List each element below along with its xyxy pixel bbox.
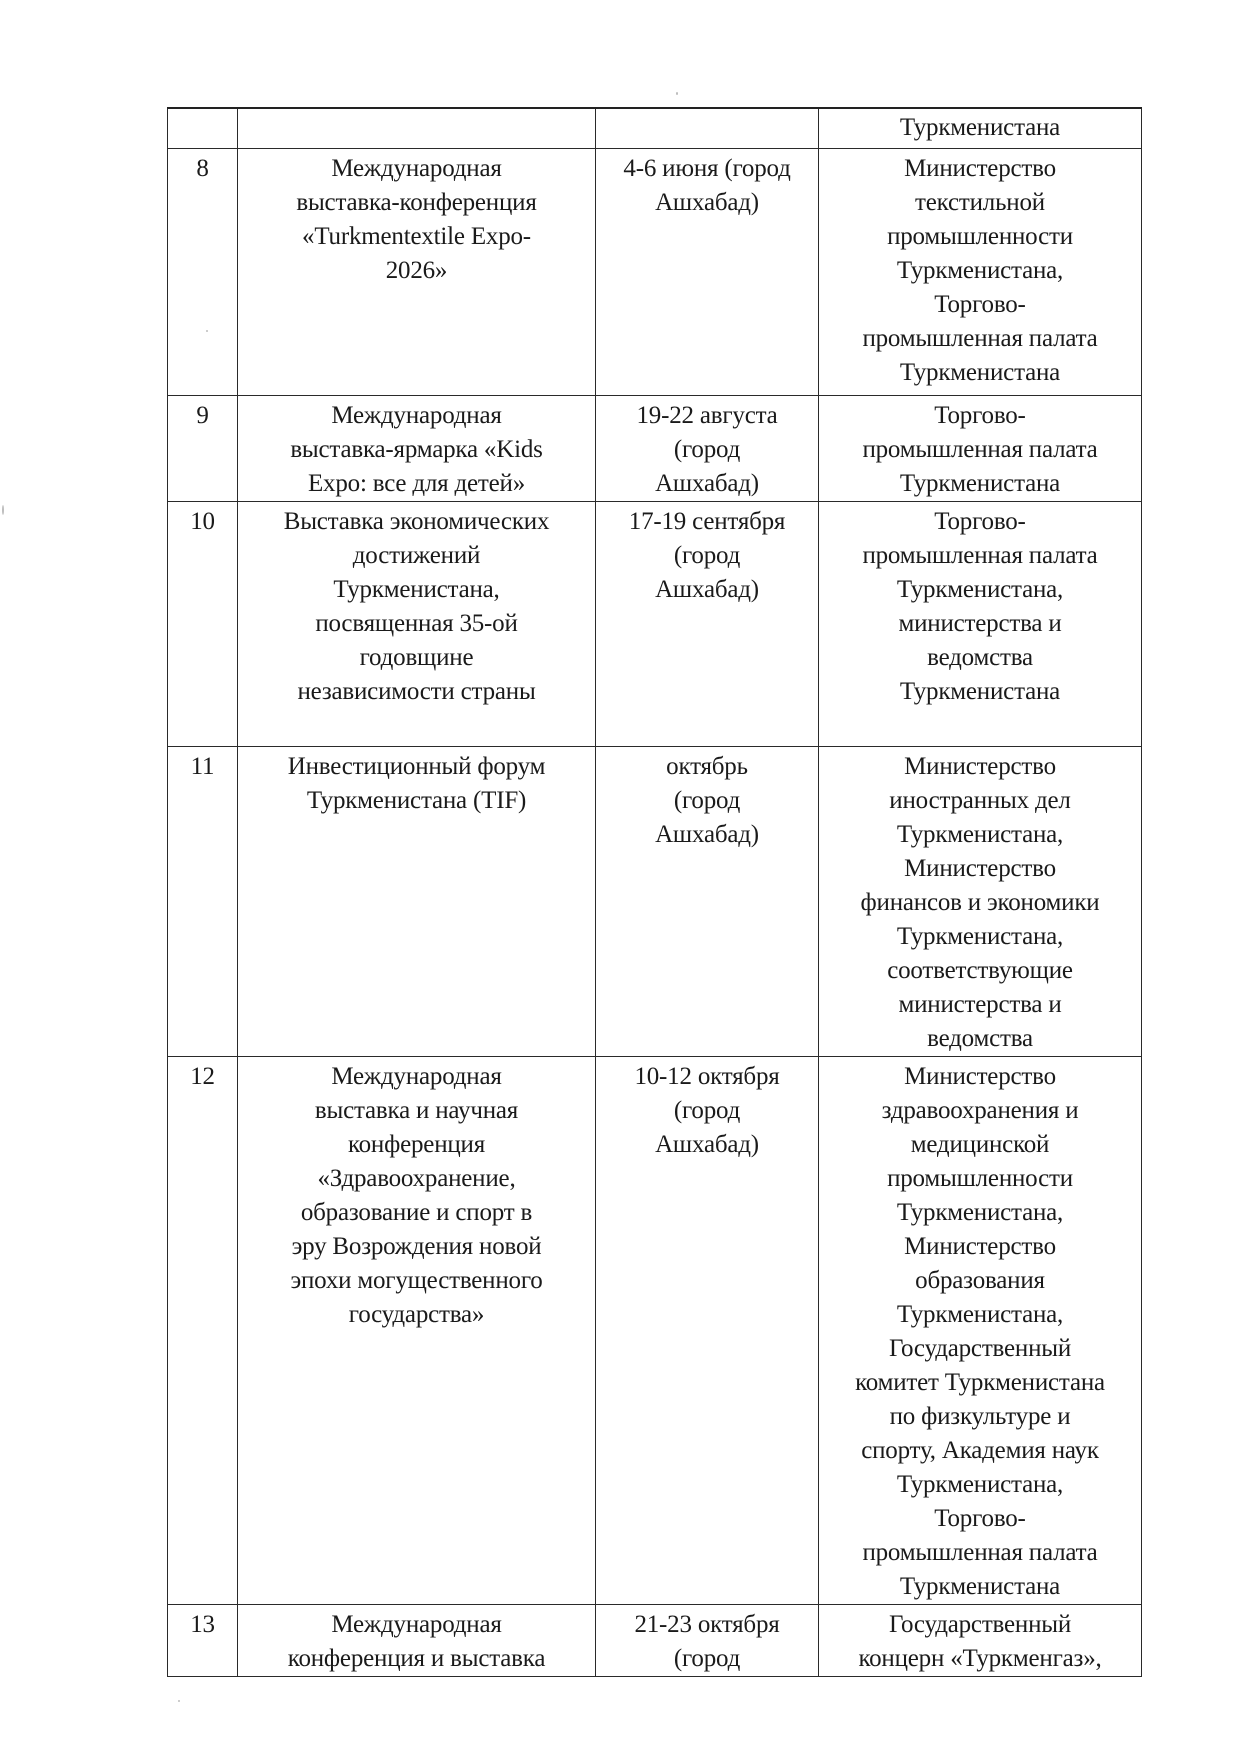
organizers-line: промышленности: [823, 220, 1137, 254]
organizers-cell: Государственныйконцерн «Туркменгаз»,: [819, 1605, 1142, 1677]
row-number-cell: 13: [168, 1605, 238, 1677]
row-number-cell: 8: [168, 149, 238, 396]
organizers-line: Туркменистана,: [823, 1196, 1137, 1230]
event-date-line: Ашхабад): [600, 467, 814, 501]
organizers-line: текстильной: [823, 186, 1137, 220]
organizers-line: ведомства: [823, 1022, 1137, 1056]
event-name-line: Туркменистана,: [242, 573, 591, 607]
organizers-line: Торгово-: [823, 288, 1137, 322]
event-name-line: выставка-конференция: [242, 186, 591, 220]
row-number-cell: 9: [168, 396, 238, 502]
organizers-line: спорту, Академия наук: [823, 1434, 1137, 1468]
event-date-line: (город: [600, 433, 814, 467]
organizers-line: промышленная палата: [823, 433, 1137, 467]
event-name-cell: Инвестиционный форумТуркменистана (TIF): [238, 747, 596, 1057]
organizers-line: Торгово-: [823, 399, 1137, 433]
event-name-cell: Международнаявыставка и научнаяконференц…: [238, 1057, 596, 1605]
event-name-cell: Международнаявыставка-конференция«Turkme…: [238, 149, 596, 396]
event-name-line: Международная: [242, 399, 591, 433]
organizers-line: промышленная палата: [823, 1536, 1137, 1570]
organizers-line: Туркменистана,: [823, 254, 1137, 288]
organizers-cell: Министерствоиностранных делТуркменистана…: [819, 747, 1142, 1057]
table-row: 11Инвестиционный форумТуркменистана (TIF…: [168, 747, 1142, 1057]
event-date-line: 4-6 июня (город: [600, 152, 814, 186]
organizers-line: соответствующие: [823, 954, 1137, 988]
event-date-line: 19-22 августа: [600, 399, 814, 433]
event-date-line: октябрь: [600, 750, 814, 784]
organizers-line: финансов и экономики: [823, 886, 1137, 920]
organizers-line: Министерство: [823, 1060, 1137, 1094]
organizers-cell: МинистерствотекстильнойпромышленностиТур…: [819, 149, 1142, 396]
event-name-line: достижений: [242, 539, 591, 573]
event-name-line: независимости страны: [242, 675, 591, 709]
event-name-line: Выставка экономических: [242, 505, 591, 539]
organizers-line: Торгово-: [823, 1502, 1137, 1536]
organizers-line: Государственный: [823, 1608, 1137, 1642]
organizers-line: Министерство: [823, 852, 1137, 886]
organizers-line: Торгово-: [823, 505, 1137, 539]
event-date-cell: 10-12 октября(городАшхабад): [596, 1057, 819, 1605]
event-name-line: Инвестиционный форум: [242, 750, 591, 784]
event-date-cell: октябрь(городАшхабад): [596, 747, 819, 1057]
organizers-line: министерства и: [823, 988, 1137, 1022]
organizers-line: по физкультуре и: [823, 1400, 1137, 1434]
organizers-line: образования: [823, 1264, 1137, 1298]
organizers-line: Туркменистана: [823, 356, 1137, 390]
organizers-line: Туркменистана,: [823, 1298, 1137, 1332]
event-name-cell: Международнаявыставка-ярмарка «KidsExpo:…: [238, 396, 596, 502]
event-date-line: Ашхабад): [600, 1128, 814, 1162]
event-date-line: (город: [600, 1094, 814, 1128]
event-name-line: конференция и выставка: [242, 1642, 591, 1676]
event-name-line: эпохи могущественного: [242, 1264, 591, 1298]
organizers-cell: Торгово-промышленная палатаТуркменистана…: [819, 502, 1142, 747]
event-name-line: годовщине: [242, 641, 591, 675]
event-date-cell: [596, 108, 819, 149]
table-row: 10Выставка экономическихдостиженийТуркме…: [168, 502, 1142, 747]
table-body: Туркменистана8Международнаявыставка-конф…: [168, 108, 1142, 1677]
event-name-line: Международная: [242, 1060, 591, 1094]
event-name-cell: [238, 108, 596, 149]
scan-speck: [178, 1700, 180, 1702]
organizers-line: Министерство: [823, 1230, 1137, 1264]
event-date-line: (город: [600, 784, 814, 818]
event-date-line: Ашхабад): [600, 186, 814, 220]
organizers-line: промышленная палата: [823, 322, 1137, 356]
event-date-cell: 19-22 августа(городАшхабад): [596, 396, 819, 502]
event-date-line: 17-19 сентября: [600, 505, 814, 539]
event-name-line: «Turkmentextile Expo-: [242, 220, 591, 254]
organizers-line: промышленная палата: [823, 539, 1137, 573]
organizers-line: Министерство: [823, 750, 1137, 784]
event-name-cell: Международнаяконференция и выставка: [238, 1605, 596, 1677]
event-name-line: посвященная 35-ой: [242, 607, 591, 641]
organizers-line: ведомства: [823, 641, 1137, 675]
organizers-line: министерства и: [823, 607, 1137, 641]
row-number-cell: 10: [168, 502, 238, 747]
event-date-line: 21-23 октября: [600, 1608, 814, 1642]
scan-speck: [676, 92, 678, 95]
event-name-line: Expo: все для детей»: [242, 467, 591, 501]
organizers-line: Туркменистана,: [823, 573, 1137, 607]
event-date-line: 10-12 октября: [600, 1060, 814, 1094]
event-date-cell: 21-23 октября(город: [596, 1605, 819, 1677]
organizers-line: комитет Туркменистана: [823, 1366, 1137, 1400]
event-name-line: государства»: [242, 1298, 591, 1332]
event-date-line: (город: [600, 1642, 814, 1676]
event-date-cell: 4-6 июня (городАшхабад): [596, 149, 819, 396]
table-row: 9Международнаявыставка-ярмарка «KidsExpo…: [168, 396, 1142, 502]
organizers-cell: Министерствоздравоохранения имедицинской…: [819, 1057, 1142, 1605]
event-name-line: Туркменистана (TIF): [242, 784, 591, 818]
organizers-line: медицинской: [823, 1128, 1137, 1162]
event-name-line: эру Возрождения новой: [242, 1230, 591, 1264]
organizers-line: Государственный: [823, 1332, 1137, 1366]
scan-speck: [2, 505, 4, 515]
organizers-line: Туркменистана: [823, 1570, 1137, 1604]
event-name-line: выставка-ярмарка «Kids: [242, 433, 591, 467]
organizers-line: Туркменистана: [823, 467, 1137, 501]
table-row: Туркменистана: [168, 108, 1142, 149]
event-name-line: образование и спорт в: [242, 1196, 591, 1230]
organizers-line: концерн «Туркменгаз»,: [823, 1642, 1137, 1676]
row-number-cell: 12: [168, 1057, 238, 1605]
organizers-line: здравоохранения и: [823, 1094, 1137, 1128]
event-date-line: (город: [600, 539, 814, 573]
event-name-line: 2026»: [242, 254, 591, 288]
organizers-line: Туркменистана,: [823, 818, 1137, 852]
table-row: 12Международнаявыставка и научнаяконфере…: [168, 1057, 1142, 1605]
event-date-line: Ашхабад): [600, 818, 814, 852]
event-schedule-table: Туркменистана8Международнаявыставка-конф…: [167, 107, 1142, 1677]
organizers-line: Туркменистана,: [823, 920, 1137, 954]
event-name-line: конференция: [242, 1128, 591, 1162]
event-date-line: Ашхабад): [600, 573, 814, 607]
event-name-line: Международная: [242, 152, 591, 186]
table-row: 8Международнаявыставка-конференция«Turkm…: [168, 149, 1142, 396]
organizers-line: Туркменистана,: [823, 1468, 1137, 1502]
organizers-line: промышленности: [823, 1162, 1137, 1196]
organizers-line: Туркменистана: [823, 675, 1137, 709]
organizers-line: Министерство: [823, 152, 1137, 186]
organizers-line: иностранных дел: [823, 784, 1137, 818]
organizers-cell: Торгово-промышленная палатаТуркменистана: [819, 396, 1142, 502]
table-row: 13Международнаяконференция и выставка21-…: [168, 1605, 1142, 1677]
event-name-cell: Выставка экономическихдостиженийТуркмени…: [238, 502, 596, 747]
organizers-line: Туркменистана: [823, 111, 1137, 145]
event-name-line: «Здравоохранение,: [242, 1162, 591, 1196]
event-name-line: Международная: [242, 1608, 591, 1642]
event-name-line: выставка и научная: [242, 1094, 591, 1128]
organizers-cell: Туркменистана: [819, 108, 1142, 149]
event-date-cell: 17-19 сентября(городАшхабад): [596, 502, 819, 747]
row-number-cell: 11: [168, 747, 238, 1057]
row-number-cell: [168, 108, 238, 149]
